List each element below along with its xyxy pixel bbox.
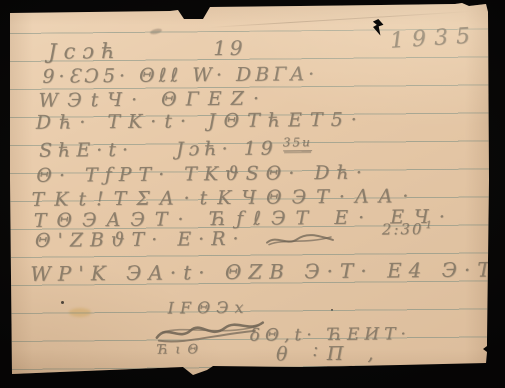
time-value: 2:30 (382, 220, 424, 238)
heading-day: 19 (213, 36, 247, 60)
heading-title-word: Јcɔћ (48, 39, 122, 64)
time-superscript: 1 (425, 220, 433, 231)
handwritten-line-6: Θ· ΤƒΡΤ· ΤΚϑЅΘ· Dћ· (36, 162, 369, 187)
date-superscript: 35u (283, 135, 312, 151)
page-content: Јcɔћ 19 1935 9·ƐƆ5· Θℓℓ W· DΒΓΑ· WЭtЧ· Θ… (9, 0, 493, 375)
crossed-out-word (265, 231, 337, 250)
handwritten-line-9: Θ'ΖΒϑΤ· Ε·R· (35, 228, 246, 252)
signature-line-3-right: θ ˸Π , (276, 342, 383, 366)
date-word: Јɔћ· 19 (176, 137, 278, 160)
handwritten-line-3: WЭtЧ· ΘΓЕΖ· (39, 88, 269, 112)
signature-mark: θ ˸ (276, 343, 327, 365)
paper-sheet: Јcɔћ 19 1935 9·ƐƆ5· Θℓℓ W· DΒΓΑ· WЭtЧ· Θ… (9, 3, 489, 375)
handwritten-line-10: WΡ'Κ ЭΑ·t· ΘZΒ Э·Τ· Ε4 Э·Τ (30, 257, 498, 285)
signature-line-3-left: ЋιΘ (157, 342, 205, 357)
time-notation: 2:301 (382, 220, 434, 238)
handwritten-line-5-date: Јɔћ· 1935u (176, 137, 312, 160)
signature-underlined-mark: Π (327, 343, 353, 367)
signature-trailing-dot: , (352, 342, 382, 364)
handwritten-line-2: 9·ƐƆ5· Θℓℓ W· DΒΓΑ· (42, 63, 318, 88)
photo-backdrop: Јcɔћ 19 1935 9·ƐƆ5· Θℓℓ W· DΒΓΑ· WЭtЧ· Θ… (0, 0, 505, 388)
handwritten-line-4: Dћ· ΤΚ·t· ЈΘΤћЕΤ5· (36, 109, 365, 134)
handwritten-line-5: ЅћЕ·t· (39, 139, 134, 162)
